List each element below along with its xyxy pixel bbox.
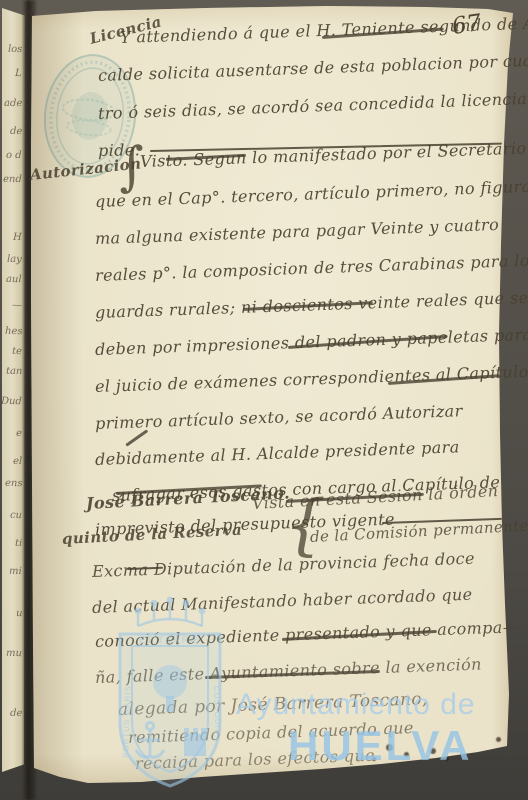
handwritten-line: tro ó seis dias, se acordó sea concedida… <box>98 88 528 123</box>
ink-stain <box>496 737 501 742</box>
handwritten-line: primero artículo sexto, se acordó Autori… <box>95 401 463 433</box>
ink-stain <box>302 700 305 703</box>
handwritten-line: remitiendo copia del acuerdo que <box>128 718 414 747</box>
handwritten-line: conoció el expediente presentado y que a… <box>95 617 520 651</box>
handwritten-line: recaiga para los efectos que <box>135 746 376 773</box>
handwritten-line: del actual Manifestando haber acordado q… <box>92 585 473 617</box>
strikethrough-mark <box>125 429 148 446</box>
handwritten-line: reales p°. la composicion de tres Carabi… <box>95 251 528 285</box>
ink-stain <box>430 748 436 754</box>
ink-stain <box>445 757 449 761</box>
handwritten-line: deben por impresiones del padron y papel… <box>95 325 528 359</box>
handwritten-line: que en el Cap°. tercero, artículo primer… <box>95 175 528 211</box>
handwriting-layer: Y attendiendo á que el H. Teniente segun… <box>0 0 528 800</box>
ink-stain <box>372 757 376 761</box>
scanned-document-photo: losLadedeo dendHlayaul—hestetanDudeelens… <box>0 0 528 800</box>
handwritten-line: calde solicita ausentarse de esta poblac… <box>98 50 528 85</box>
handwritten-line: ma alguna existente para pagar Veinte y … <box>95 215 500 248</box>
handwritten-line: ña, falle este Ayuntamiento sobre la exe… <box>95 655 482 687</box>
margin-note: quinto de la Reserva <box>62 521 243 548</box>
handwritten-line: Y attendiendo á que el H. Teniente segun… <box>120 13 528 47</box>
ink-stain <box>386 744 393 751</box>
handwritten-line: alegada por José Barrera Toscano, <box>118 689 429 720</box>
ink-flourish: ∫ <box>116 136 148 198</box>
handwritten-line: debidamente al H. Alcalde presidente par… <box>95 437 460 469</box>
ink-stain <box>404 752 409 757</box>
